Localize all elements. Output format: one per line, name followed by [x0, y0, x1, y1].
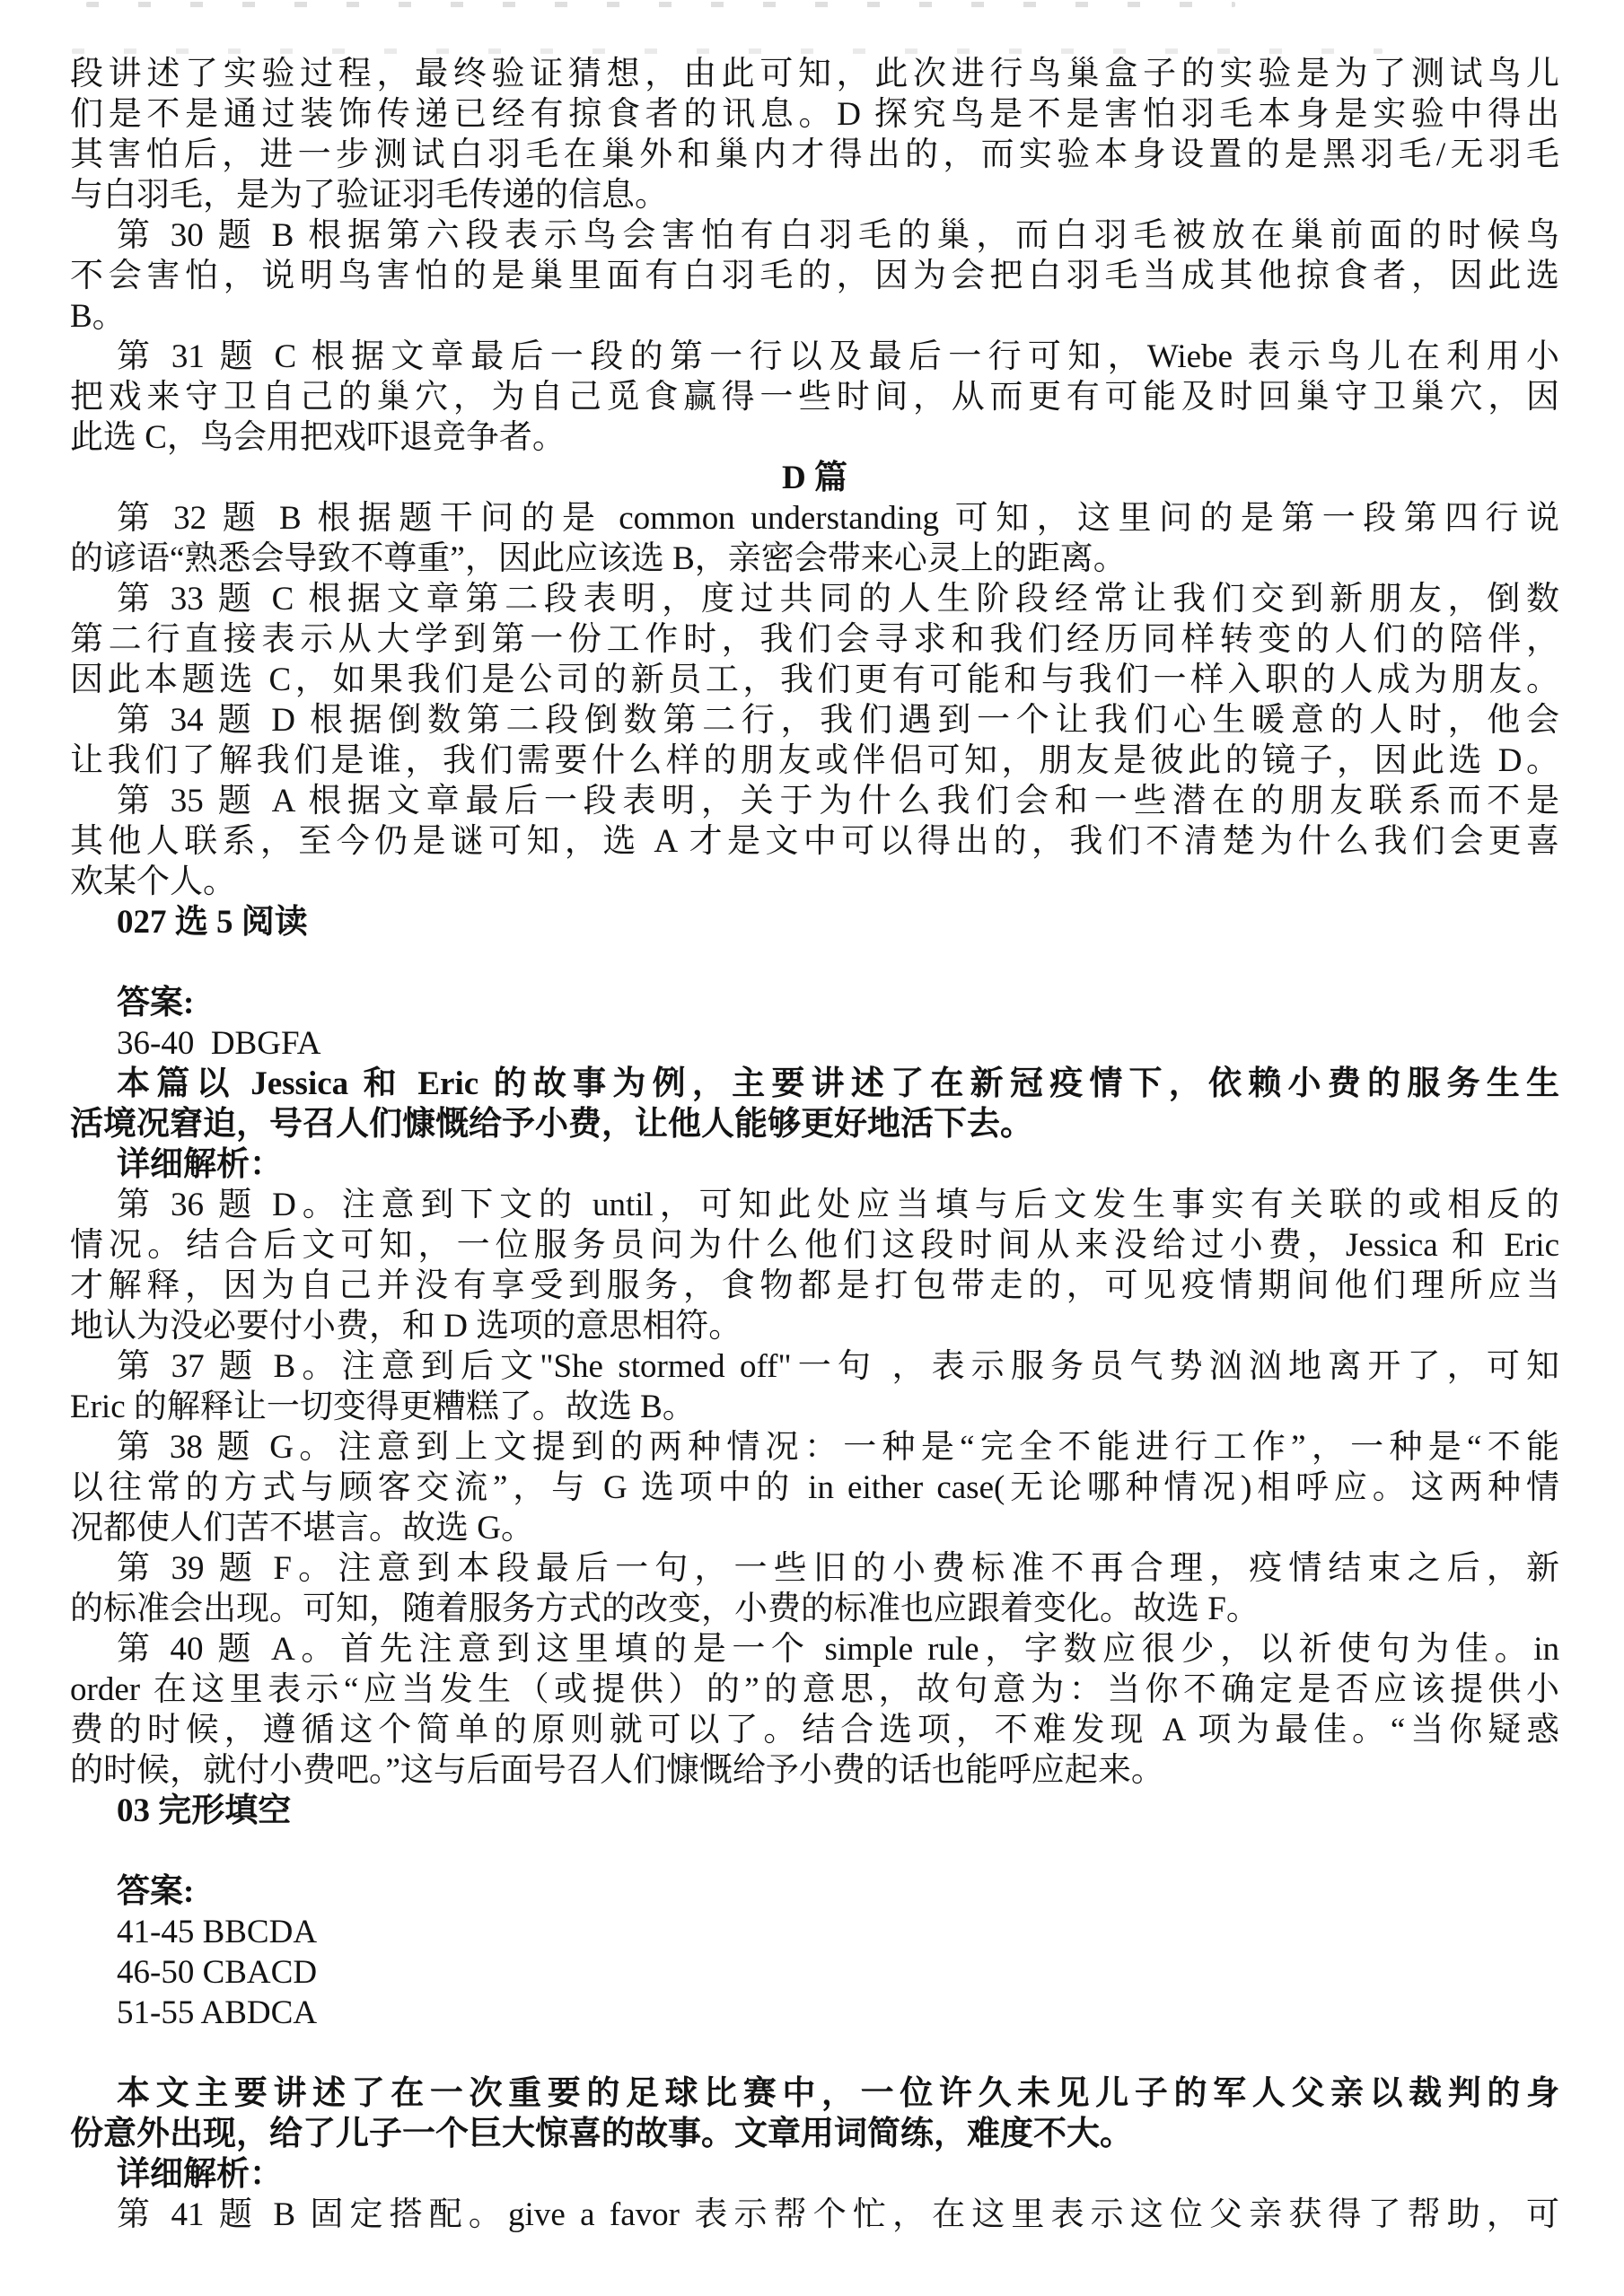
text-line: 让我们了解我们是谁，我们需要什么样的朋友或伴侣可知，朋友是彼此的镜子，因此选 D…: [70, 741, 1559, 781]
answer-explanation-q38: 第 38 题 G。注意到上文提到的两种情况：一种是“完全不能进行工作”，一种是“…: [70, 1427, 1559, 1468]
text-line: 与白羽毛，是为了验证羽毛传递的信息。: [70, 175, 1559, 215]
answer-key-41-45: 41-45 BBCDA: [70, 1912, 1559, 1952]
text-line: 以往常的方式与顾客交流”，与 G 选项中的 in either case(无论哪…: [70, 1468, 1559, 1508]
blank-line: [70, 2033, 1559, 2073]
section-heading-03: 03 完形填空: [70, 1791, 1559, 1831]
answer-explanation-q34: 第 34 题 D 根据倒数第二段倒数第二行，我们遇到一个让我们心生暖意的人时，他…: [70, 700, 1559, 741]
text-line: 的时候，就付小费吧。”这与后面号召人们慷慨给予小费的话也能呼应起来。: [70, 1750, 1559, 1791]
text-line: Eric 的解释让一切变得更糟糕了。故选 B。: [70, 1387, 1559, 1427]
passage-summary: 份意外出现，给了儿子一个巨大惊喜的故事。文章用词简练，难度不大。: [70, 2114, 1559, 2154]
answer-explanation-q30: 第 30 题 B 根据第六段表示鸟会害怕有白羽毛的巢，而白羽毛被放在巢前面的时候…: [70, 215, 1559, 256]
text-line: 地认为没必要付小费，和 D 选项的意思相符。: [70, 1306, 1559, 1346]
text-line: 费的时候，遵循这个简单的原则就可以了。结合选项，不难发现 A 项为最佳。“当你疑…: [70, 1710, 1559, 1750]
text-line: 因此本题选 C，如果我们是公司的新员工，我们更有可能和与我们一样入职的人成为朋友…: [70, 660, 1559, 700]
answer-explanation-q32: 第 32 题 B 根据题干问的是 common understanding 可知…: [70, 498, 1559, 539]
section-heading-passage-d: D 篇: [70, 458, 1559, 498]
text-line: 段讲述了实验过程，最终验证猜想，由此可知，此次进行鸟巢盒子的实验是为了测试鸟儿: [70, 54, 1559, 94]
detailed-analysis-label: 详细解析：: [70, 1144, 1559, 1185]
section-heading-027: 027 选 5 阅读: [70, 902, 1559, 942]
answer-key-36-40: 36-40 DBGFA: [70, 1023, 1559, 1064]
text-line: 的谚语“熟悉会导致不尊重”，因此应该选 B，亲密会带来心灵上的距离。: [70, 539, 1559, 579]
answers-label: 答案:: [70, 1871, 1559, 1912]
document-page: 段讲述了实验过程，最终验证猜想，由此可知，此次进行鸟巢盒子的实验是为了测试鸟儿们…: [0, 0, 1624, 2296]
answer-explanation-q31: 第 31 题 C 根据文章最后一段的第一行以及最后一行可知，Wiebe 表示鸟儿…: [70, 337, 1559, 377]
cropped-text-remnant: [86, 2, 1235, 7]
answer-explanation-q40: 第 40 题 A。首先注意到这里填的是一个 simple rule，字数应很少，…: [70, 1629, 1559, 1669]
text-line: B。: [70, 296, 1559, 337]
text-line: 不会害怕，说明鸟害怕的是巢里面有白羽毛的，因为会把白羽毛当成其他掠食者，因此选: [70, 256, 1559, 296]
answer-explanation-q33: 第 33 题 C 根据文章第二段表明，度过共同的人生阶段经常让我们交到新朋友，倒…: [70, 579, 1559, 619]
answer-key-46-50: 46-50 CBACD: [70, 1952, 1559, 1993]
text-line: 欢某个人。: [70, 862, 1559, 902]
answer-explanation-q35: 第 35 题 A 根据文章最后一段表明，关于为什么我们会和一些潜在的朋友联系而不…: [70, 781, 1559, 821]
answer-explanation-q37: 第 37 题 B。注意到后文"She stormed off"一句 ，表示服务员…: [70, 1346, 1559, 1387]
text-line: 其害怕后，进一步测试白羽毛在巢外和巢内才得出的，而实验本身设置的是黑羽毛/无羽毛: [70, 135, 1559, 175]
text-line: 此选 C，鸟会用把戏吓退竞争者。: [70, 417, 1559, 458]
text-line: 才解释，因为自己并没有享受到服务，食物都是打包带走的，可见疫情期间他们理所应当: [70, 1266, 1559, 1306]
answer-explanation-q41: 第 41 题 B 固定搭配。give a favor 表示帮个忙，在这里表示这位…: [70, 2195, 1559, 2235]
text-line: 把戏来守卫自己的巢穴，为自己觅食赢得一些时间，从而更有可能及时回巢守卫巢穴，因: [70, 377, 1559, 417]
text-line: order 在这里表示“应当发生（或提供）的”的意思，故句意为：当你不确定是否应…: [70, 1669, 1559, 1710]
text-line: 的标准会出现。可知，随着服务方式的改变，小费的标准也应跟着变化。故选 F。: [70, 1589, 1559, 1629]
passage-summary: 本篇以 Jessica 和 Eric 的故事为例，主要讲述了在新冠疫情下，依赖小…: [70, 1064, 1559, 1104]
answer-explanation-q39: 第 39 题 F。注意到本段最后一句，一些旧的小费标准不再合理，疫情结束之后，新: [70, 1548, 1559, 1589]
answer-key-51-55: 51-55 ABDCA: [70, 1993, 1559, 2033]
answers-label: 答案:: [70, 983, 1559, 1023]
text-line: 其他人联系，至今仍是谜可知，选 A 才是文中可以得出的，我们不清楚为什么我们会更…: [70, 821, 1559, 862]
passage-summary: 本文主要讲述了在一次重要的足球比赛中，一位许久未见儿子的军人父亲以裁判的身: [70, 2073, 1559, 2114]
passage-summary: 活境况窘迫，号召人们慷慨给予小费，让他人能够更好地活下去。: [70, 1104, 1559, 1144]
text-line: 情况。结合后文可知，一位服务员问为什么他们这段时间从来没给过小费，Jessica…: [70, 1225, 1559, 1266]
text-line: 况都使人们苦不堪言。故选 G。: [70, 1508, 1559, 1548]
detailed-analysis-label: 详细解析：: [70, 2154, 1559, 2195]
blank-line: [70, 942, 1559, 983]
blank-line: [70, 1831, 1559, 1871]
answer-explanation-q36: 第 36 题 D。注意到下文的 until，可知此处应当填与后文发生事实有关联的…: [70, 1185, 1559, 1225]
text-flow: 段讲述了实验过程，最终验证猜想，由此可知，此次进行鸟巢盒子的实验是为了测试鸟儿们…: [70, 54, 1559, 2235]
text-line: 第二行直接表示从大学到第一份工作时，我们会寻求和我们经历同样转变的人们的陪伴，: [70, 619, 1559, 660]
text-line: 们是不是通过装饰传递已经有掠食者的讯息。D 探究鸟是不是害怕羽毛本身是实验中得出: [70, 94, 1559, 135]
